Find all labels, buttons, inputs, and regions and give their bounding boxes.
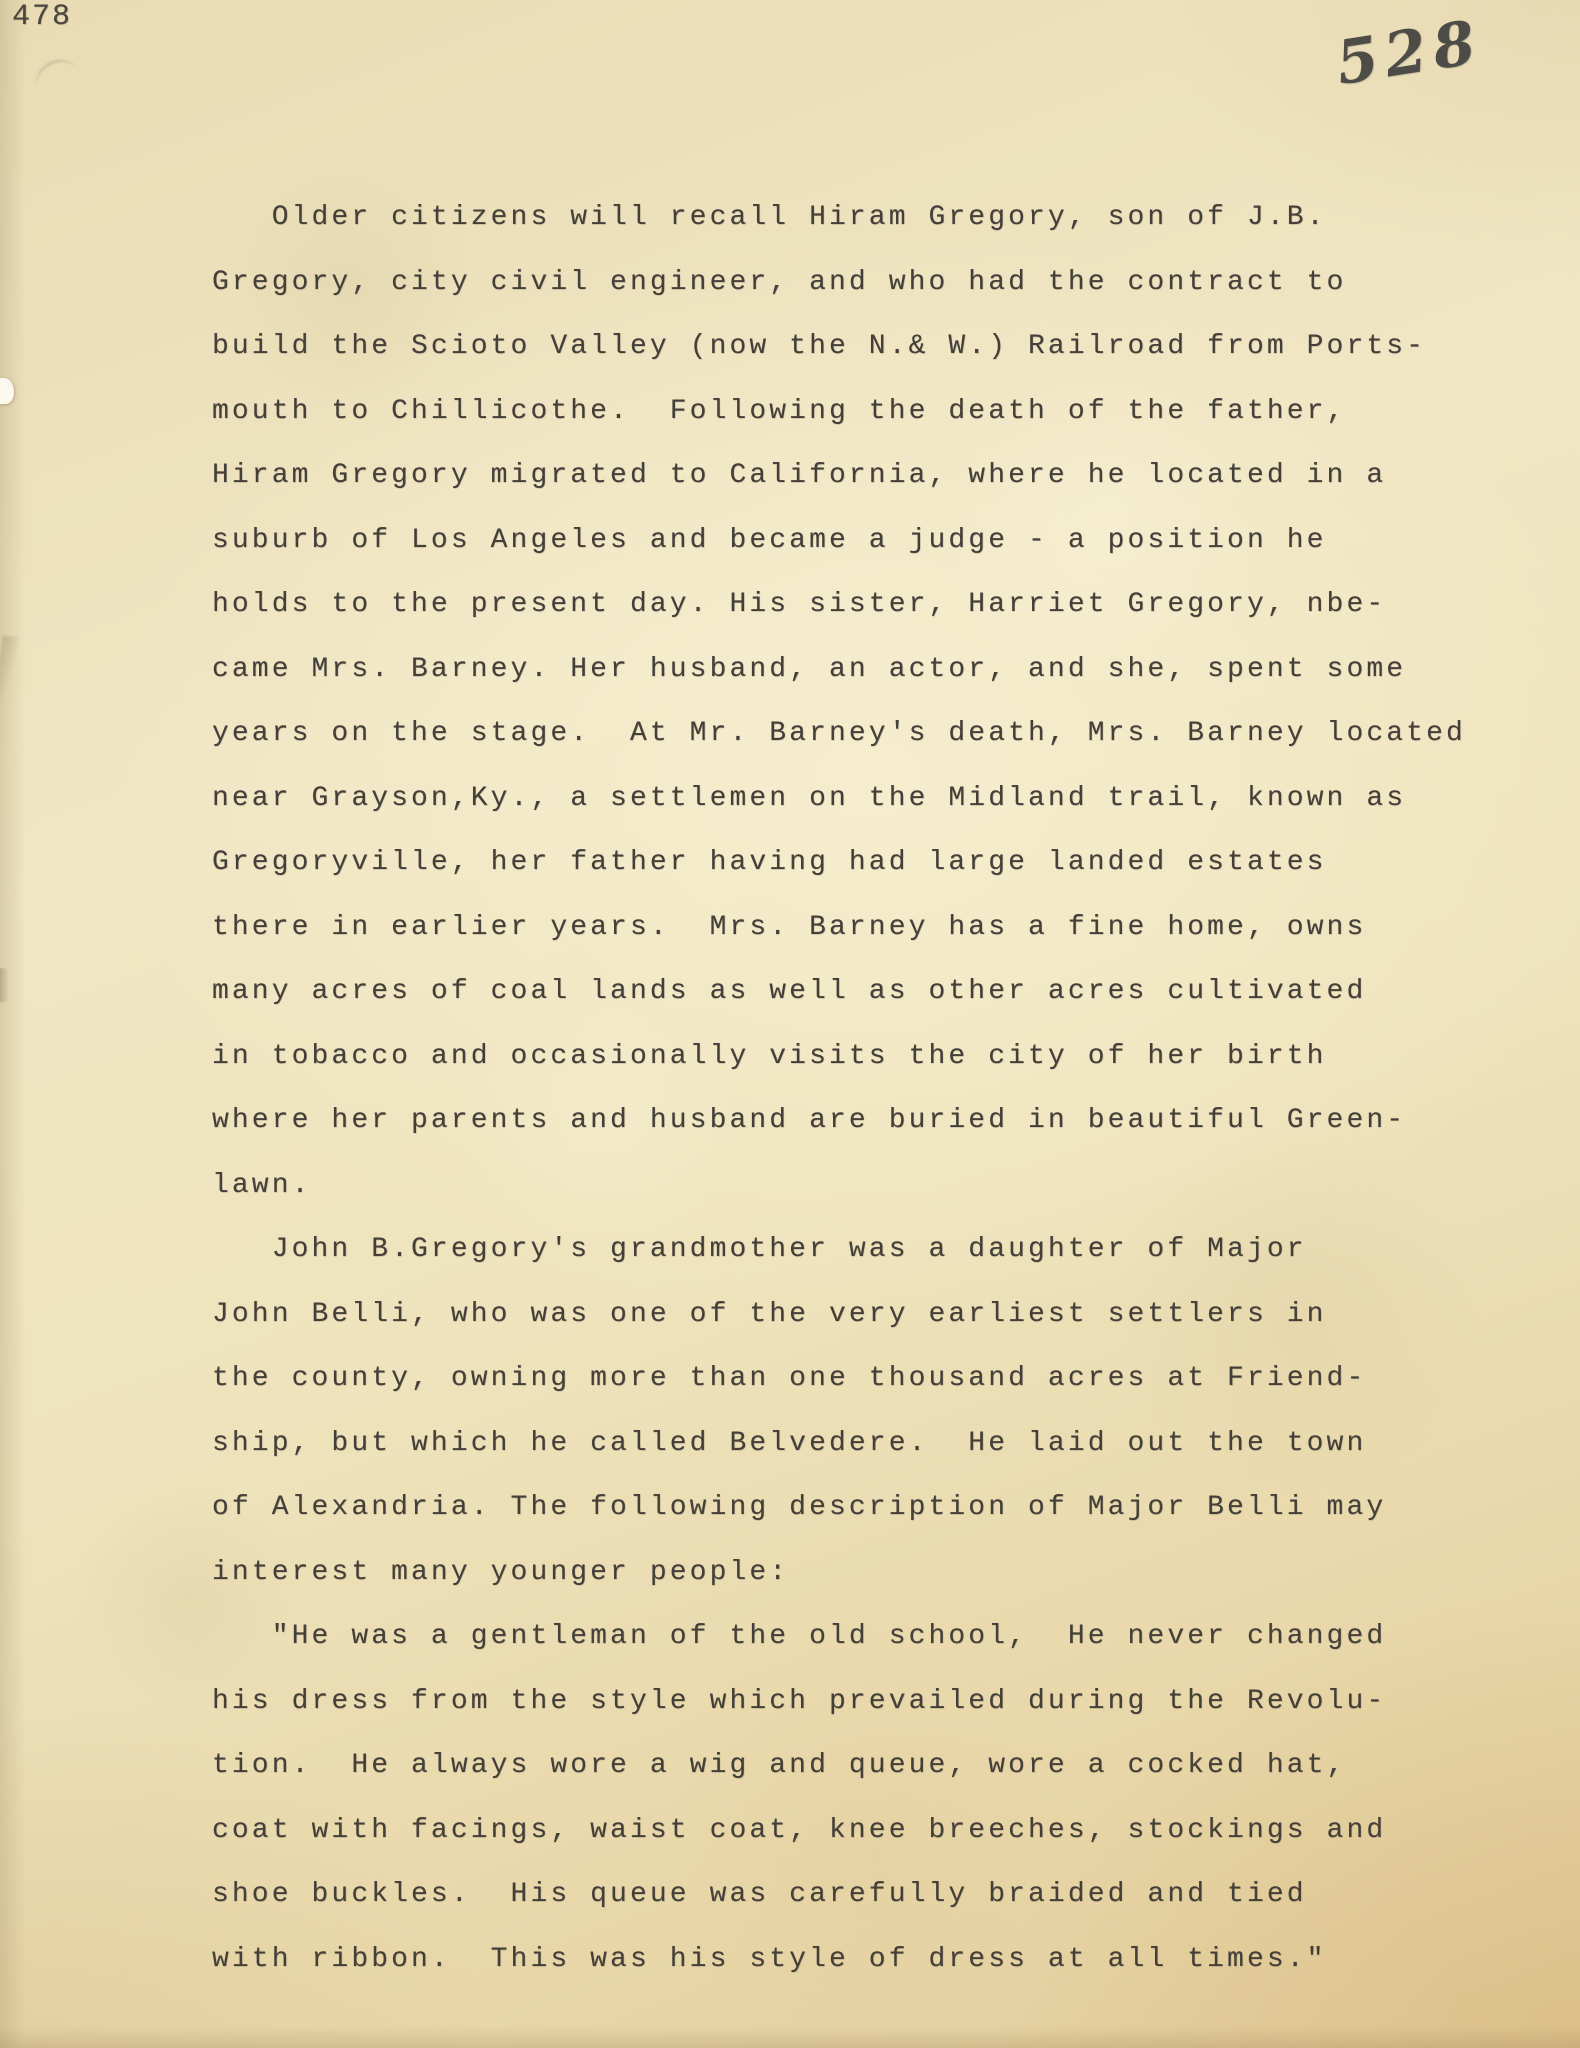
typed-line: the county, owning more than one thousan… <box>212 1347 1466 1412</box>
typed-line: tion. He always wore a wig and queue, wo… <box>212 1734 1466 1799</box>
typed-line: holds to the present day. His sister, Ha… <box>212 573 1466 638</box>
typed-line: where her parents and husband are buried… <box>212 1089 1466 1154</box>
handwritten-page-number: 528 <box>1331 7 1486 99</box>
typed-line: Hiram Gregory migrated to California, wh… <box>212 444 1466 509</box>
typed-line: interest many younger people: <box>212 1541 1466 1606</box>
typed-line: came Mrs. Barney. Her husband, an actor,… <box>212 638 1466 703</box>
typed-line: of Alexandria. The following description… <box>212 1476 1466 1541</box>
typed-line: lawn. <box>212 1154 1466 1219</box>
paper-smudge <box>29 52 89 110</box>
typed-line: mouth to Chillicothe. Following the deat… <box>212 380 1466 445</box>
typed-page-number: 478 <box>12 0 72 34</box>
typed-line: John Belli, who was one of the very earl… <box>212 1283 1466 1348</box>
typed-line: there in earlier years. Mrs. Barney has … <box>212 896 1466 961</box>
typed-line: ship, but which he called Belvedere. He … <box>212 1412 1466 1477</box>
typed-line: Gregoryville, her father having had larg… <box>212 831 1466 896</box>
typed-text-block: Older citizens will recall Hiram Gregory… <box>212 186 1466 1992</box>
typed-line: Older citizens will recall Hiram Gregory… <box>212 186 1466 251</box>
typed-line: many acres of coal lands as well as othe… <box>212 960 1466 1025</box>
typed-line: his dress from the style which prevailed… <box>212 1670 1466 1735</box>
typed-line: John B.Gregory's grandmother was a daugh… <box>212 1218 1466 1283</box>
typed-line: shoe buckles. His queue was carefully br… <box>212 1863 1466 1928</box>
typed-line: with ribbon. This was his style of dress… <box>212 1928 1466 1993</box>
typed-line: near Grayson,Ky., a settlemen on the Mid… <box>212 767 1466 832</box>
paper-edge-shading-bottom <box>0 2026 1580 2048</box>
typed-line: coat with facings, waist coat, knee bree… <box>212 1799 1466 1864</box>
typed-line: in tobacco and occasionally visits the c… <box>212 1025 1466 1090</box>
typed-line: build the Scioto Valley (now the N.& W.)… <box>212 315 1466 380</box>
typed-line: years on the stage. At Mr. Barney's deat… <box>212 702 1466 767</box>
typed-line: suburb of Los Angeles and became a judge… <box>212 509 1466 574</box>
typed-line: Gregory, city civil engineer, and who ha… <box>212 251 1466 316</box>
typed-line: "He was a gentleman of the old school, H… <box>212 1605 1466 1670</box>
paper-edge-shading-left <box>0 0 26 2048</box>
manuscript-page: 478 528 Older citizens will recall Hiram… <box>0 0 1580 2048</box>
